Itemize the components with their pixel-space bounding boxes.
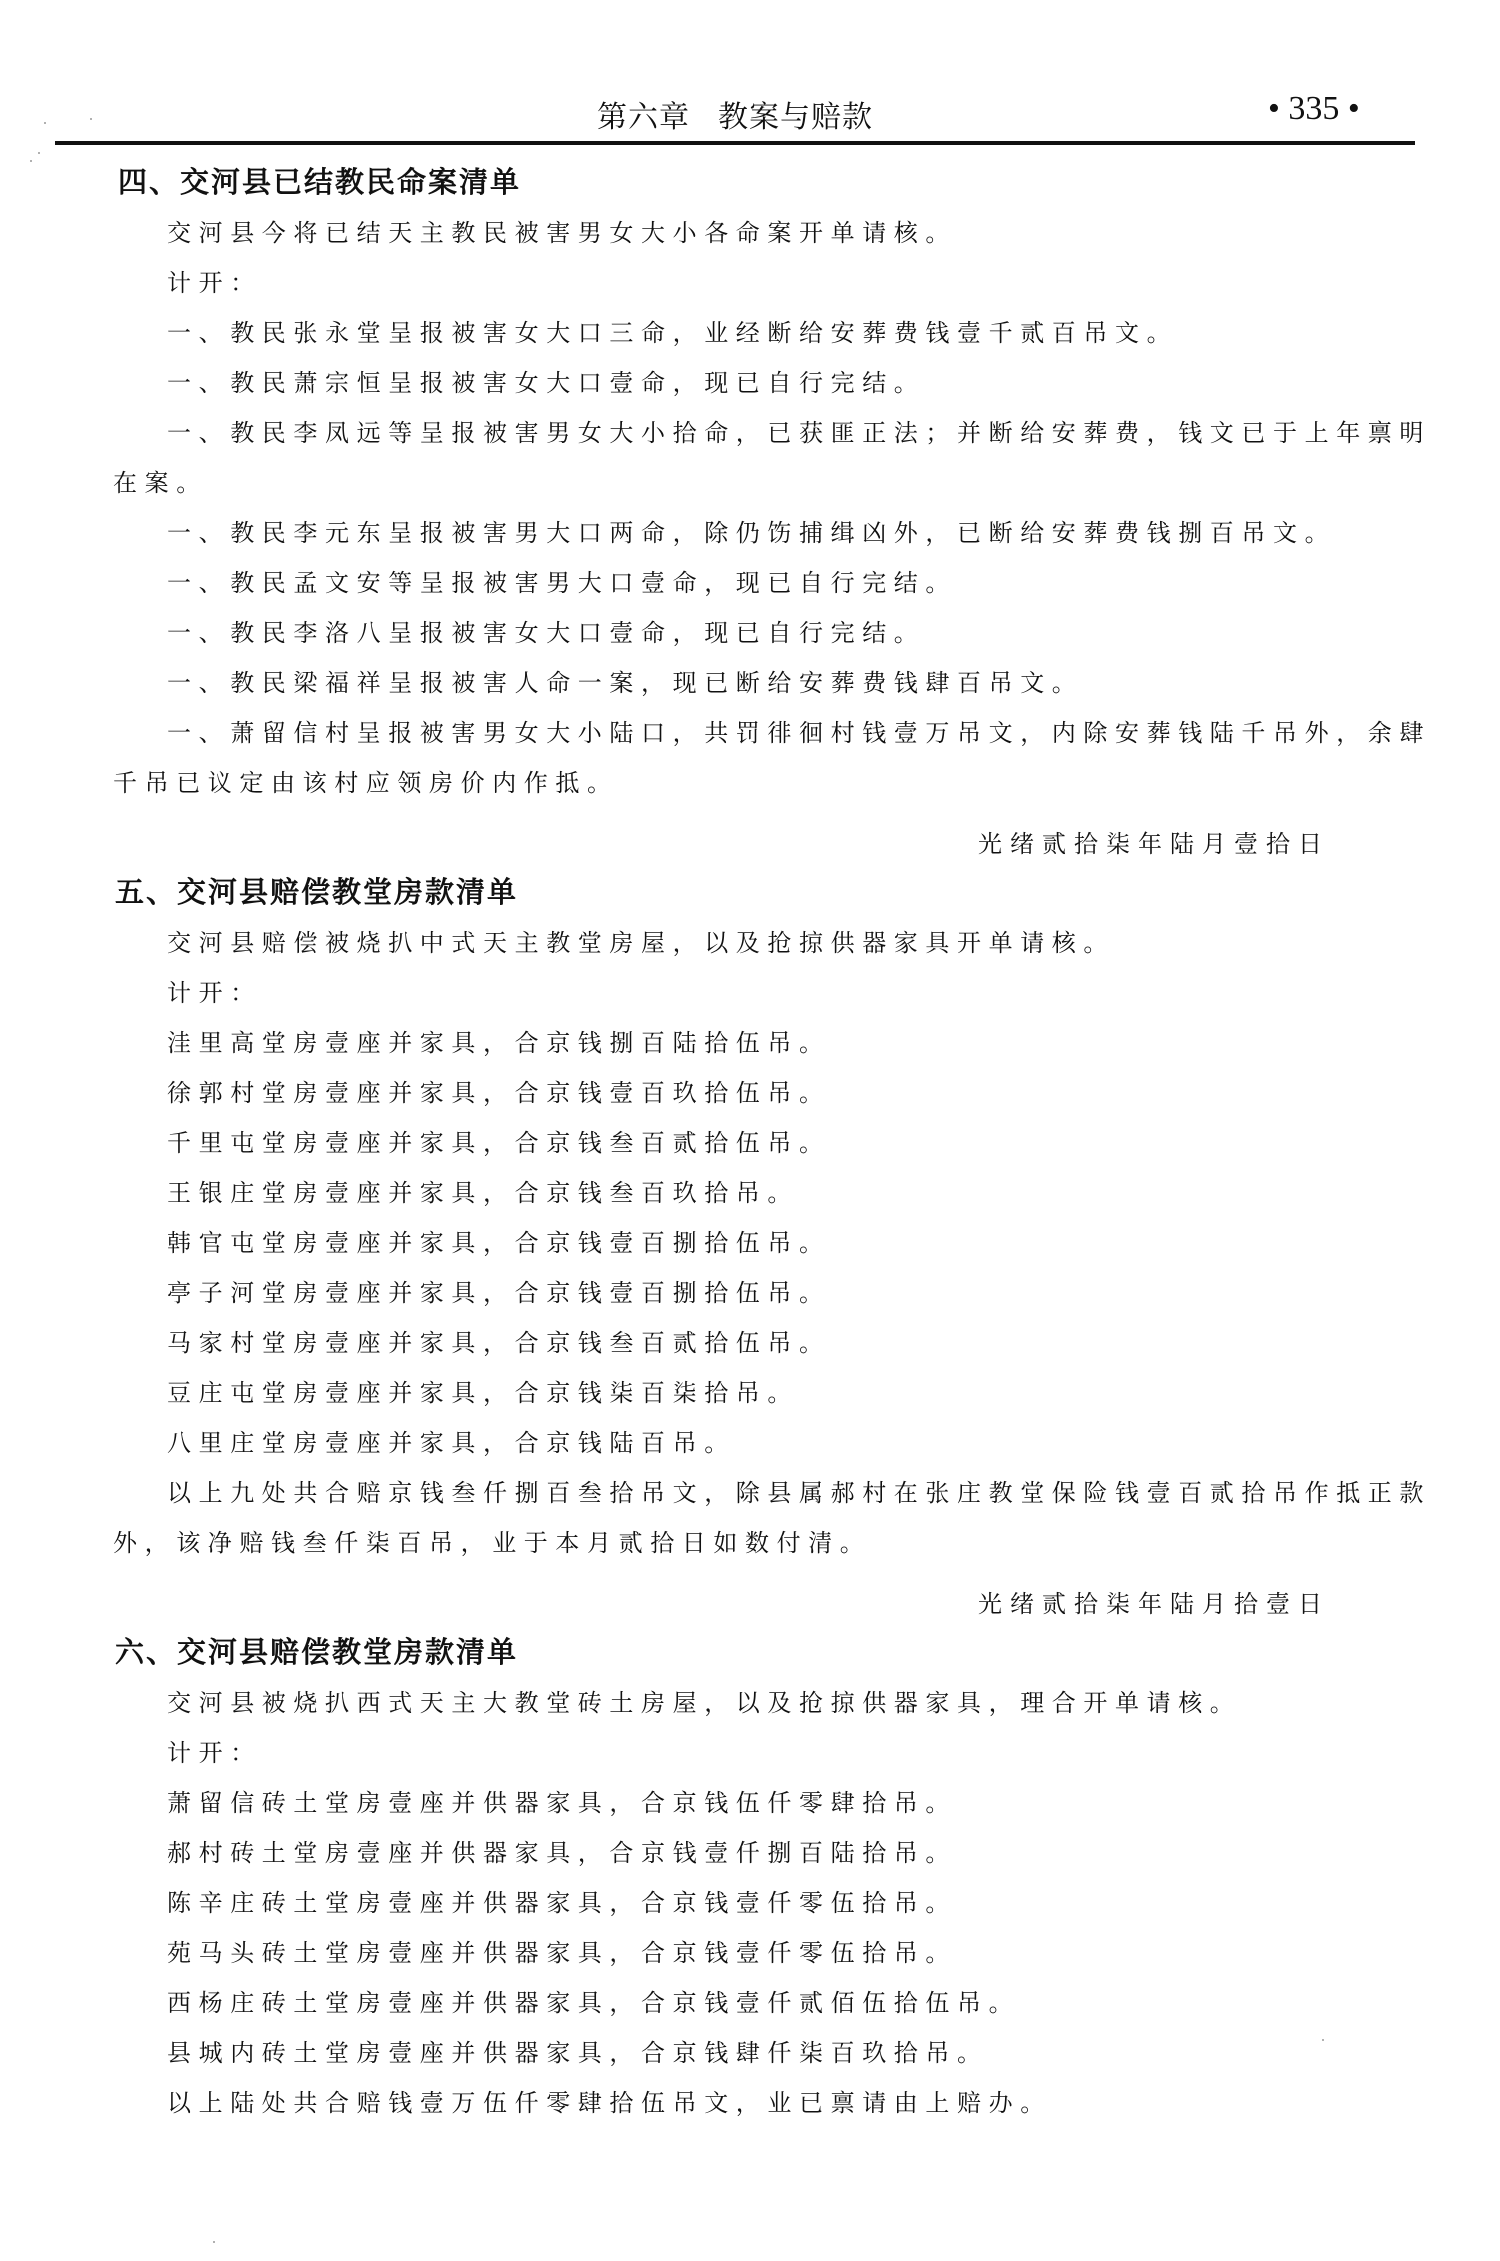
list-item: 韩官屯堂房壹座并家具，合京钱壹百捌拾伍吊。 (167, 1228, 831, 1258)
section-heading: 六、交河县赔偿教堂房款清单 (115, 1630, 518, 1671)
list-item: 县城内砖土堂房壹座并供器家具，合京钱肆仟柒百玖拾吊。 (167, 2038, 989, 2068)
running-header-title: 第六章教案与赔款 (597, 92, 873, 136)
section-heading: 五、交河县赔偿教堂房款清单 (115, 870, 518, 911)
section-intro: 交河县今将已结天主教民被害男女大小各命案开单请核。 (167, 218, 957, 248)
list-item: 一、教民李洛八呈报被害女大口壹命，现已自行完结。 (167, 618, 925, 648)
section-date: 光绪贰拾柒年陆月壹拾日 (978, 824, 1330, 859)
chapter-title: 教案与赔款 (718, 100, 873, 135)
scan-speck (30, 160, 32, 162)
scan-speck (90, 118, 92, 120)
list-label: 计开： (167, 978, 262, 1008)
list-item: 一、萧留信村呈报被害男女大小陆口，共罚徘徊村钱壹万吊文，内除安葬钱陆千吊外，余肆 (167, 718, 1431, 748)
list-item: 一、教民孟文安等呈报被害男大口壹命，现已自行完结。 (167, 568, 957, 598)
list-item: 一、教民梁福祥呈报被害人命一案，现已断给安葬费钱肆百吊文。 (167, 668, 1083, 698)
scan-speck (213, 2241, 215, 2243)
list-item: 豆庄屯堂房壹座并家具，合京钱柒百柒拾吊。 (167, 1378, 799, 1408)
list-item: 马家村堂房壹座并家具，合京钱叁百贰拾伍吊。 (167, 1328, 831, 1358)
chapter-number: 第六章 (597, 100, 690, 135)
scan-speck (44, 122, 46, 124)
list-item-continuation: 千吊已议定由该村应领房价内作抵。 (113, 768, 619, 798)
section-date: 光绪贰拾柒年陆月拾壹日 (978, 1584, 1330, 1619)
list-item: 一、教民李凤远等呈报被害男女大小拾命，已获匪正法；并断给安葬费，钱文已于上年禀明 (167, 418, 1431, 448)
list-label: 计开： (167, 268, 262, 298)
list-item: 徐郭村堂房壹座并家具，合京钱壹百玖拾伍吊。 (167, 1078, 831, 1108)
list-item: 陈辛庄砖土堂房壹座并供器家具，合京钱壹仟零伍拾吊。 (167, 1888, 957, 1918)
list-item: 亭子河堂房壹座并家具，合京钱壹百捌拾伍吊。 (167, 1278, 831, 1308)
list-item: 一、教民萧宗恒呈报被害女大口壹命，现已自行完结。 (167, 368, 925, 398)
section-intro: 交河县赔偿被烧扒中式天主教堂房屋，以及抢掠供器家具开单请核。 (167, 928, 1115, 958)
header-rule (55, 141, 1415, 145)
page-number: • 335 • (1268, 90, 1360, 128)
list-item: 八里庄堂房壹座并家具，合京钱陆百吊。 (167, 1428, 736, 1458)
list-item: 千里屯堂房壹座并家具，合京钱叁百贰拾伍吊。 (167, 1128, 831, 1158)
scan-speck (38, 152, 40, 154)
list-label: 计开： (167, 1738, 262, 1768)
list-item: 一、教民张永堂呈报被害女大口三命，业经断给安葬费钱壹千贰百吊文。 (167, 318, 1178, 348)
summary-line-continuation: 外，该净赔钱叁仟柒百吊，业于本月贰拾日如数付清。 (113, 1528, 871, 1558)
list-item: 王银庄堂房壹座并家具，合京钱叁百玖拾吊。 (167, 1178, 799, 1208)
list-item: 苑马头砖土堂房壹座并供器家具，合京钱壹仟零伍拾吊。 (167, 1938, 957, 1968)
summary-line: 以上陆处共合赔钱壹万伍仟零肆拾伍吊文，业已禀请由上赔办。 (167, 2088, 1052, 2118)
scan-speck (1322, 2039, 1324, 2041)
section-heading: 四、交河县已结教民命案清单 (118, 160, 521, 201)
summary-line: 以上九处共合赔京钱叁仟捌百叁拾吊文，除县属郝村在张庄教堂保险钱壹百贰拾吊作抵正款 (167, 1478, 1431, 1508)
list-item: 一、教民李元东呈报被害男大口两命，除仍饬捕缉凶外，已断给安葬费钱捌百吊文。 (167, 518, 1336, 548)
list-item: 西杨庄砖土堂房壹座并供器家具，合京钱壹仟贰佰伍拾伍吊。 (167, 1988, 1020, 2018)
list-item: 洼里高堂房壹座并家具，合京钱捌百陆拾伍吊。 (167, 1028, 831, 1058)
section-intro: 交河县被烧扒西式天主大教堂砖土房屋，以及抢掠供器家具，理合开单请核。 (167, 1688, 1241, 1718)
list-item: 萧留信砖土堂房壹座并供器家具，合京钱伍仟零肆拾吊。 (167, 1788, 957, 1818)
list-item: 郝村砖土堂房壹座并供器家具，合京钱壹仟捌百陆拾吊。 (167, 1838, 957, 1868)
list-item-continuation: 在案。 (113, 468, 208, 498)
